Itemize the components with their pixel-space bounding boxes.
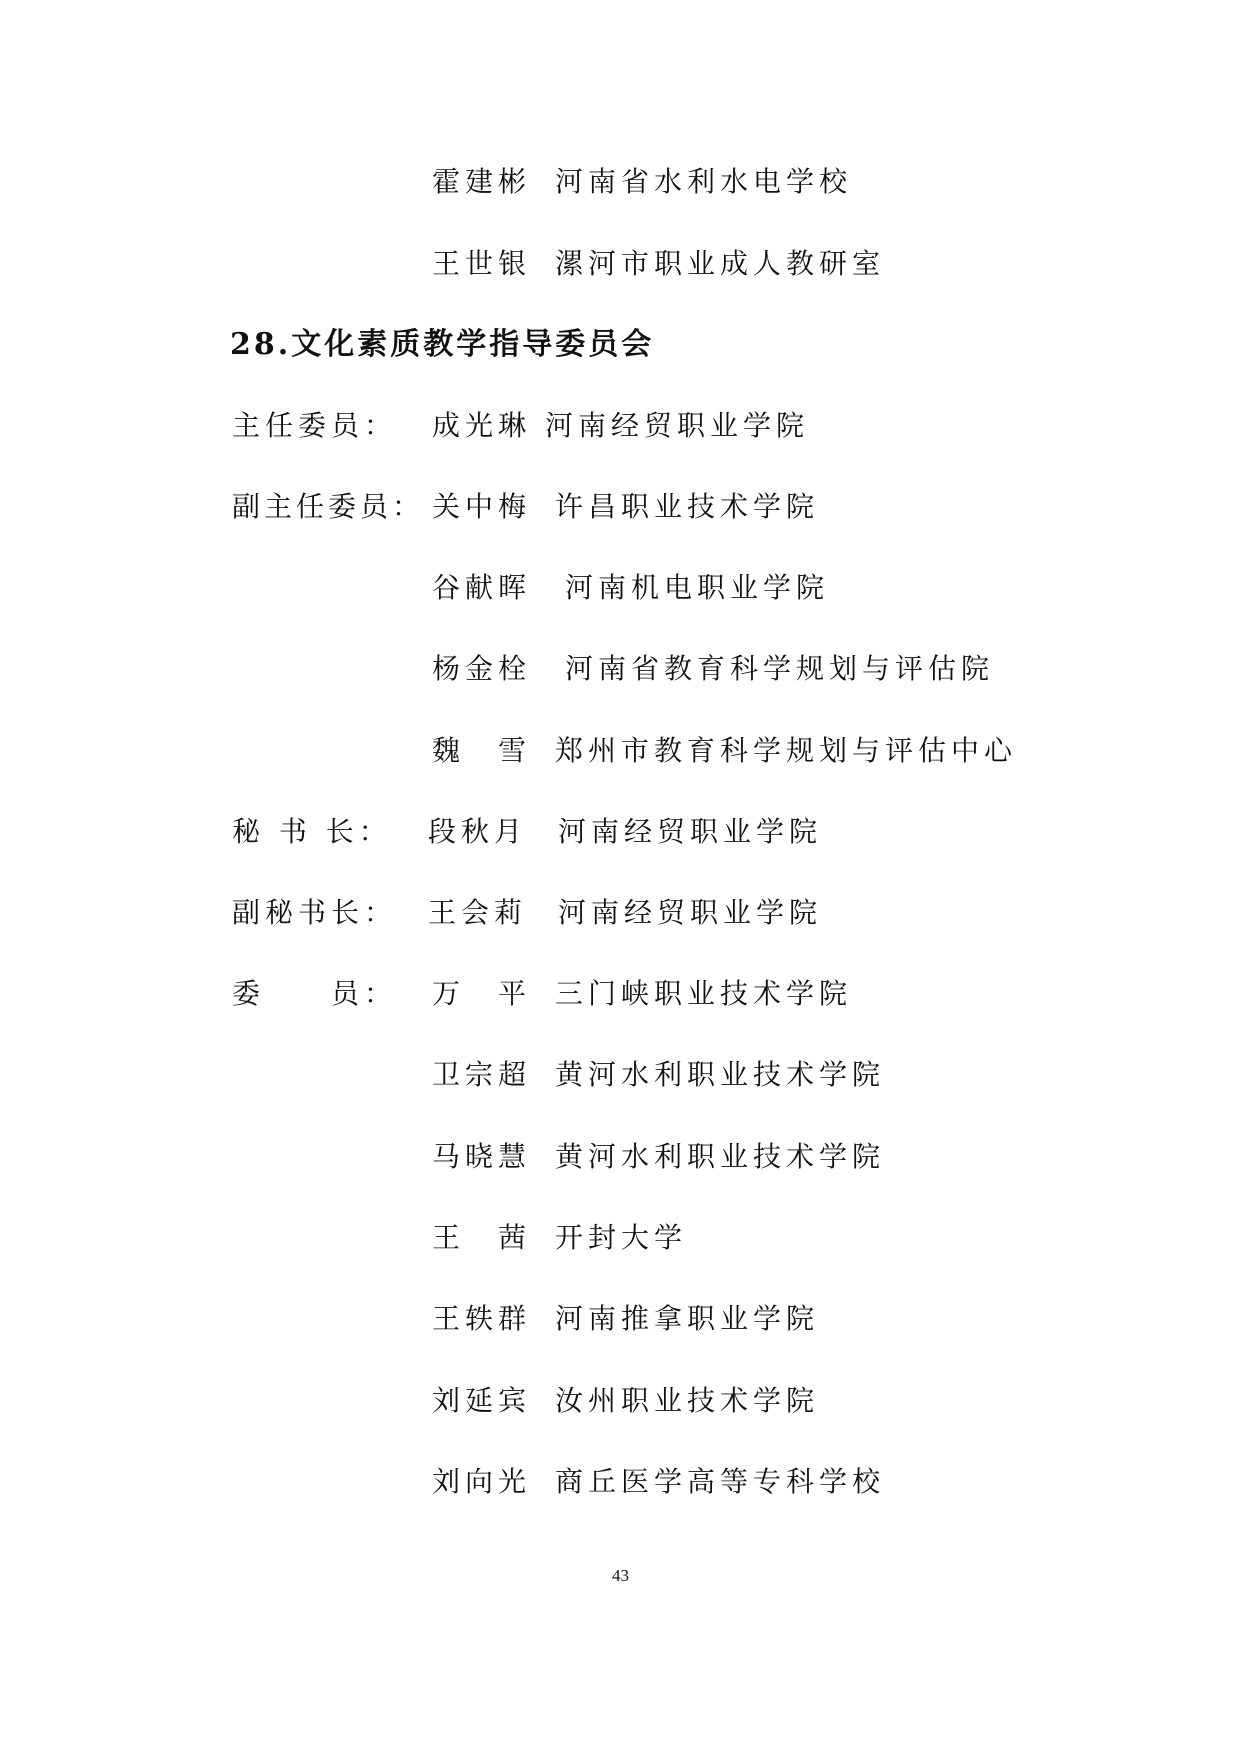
- member-org: 河南经贸职业学院: [558, 812, 822, 852]
- member-org: 汝州职业技术学院: [555, 1381, 819, 1421]
- member-name: 成光琳: [432, 406, 531, 446]
- member-name: 马晓慧: [432, 1137, 531, 1177]
- member-name: 杨金栓: [432, 649, 531, 689]
- member-org: 许昌职业技术学院: [555, 487, 819, 527]
- role-label: 主任委员：: [232, 406, 397, 446]
- member-org: 河南经贸职业学院: [558, 893, 822, 933]
- member-org: 河南经贸职业学院: [545, 406, 809, 446]
- role-label: 副秘书长：: [232, 893, 397, 933]
- member-org: 漯河市职业成人教研室: [555, 244, 885, 284]
- member-name: 关中梅: [432, 487, 531, 527]
- member-org: 商丘医学高等专科学校: [555, 1462, 885, 1502]
- member-name: 王 茜: [432, 1218, 531, 1258]
- member-name: 万 平: [432, 974, 531, 1014]
- member-org: 三门峡职业技术学院: [555, 974, 852, 1014]
- member-name: 谷献晖: [432, 568, 531, 608]
- member-name: 王会莉: [428, 893, 527, 933]
- member-name: 霍建彬: [432, 162, 531, 202]
- member-name: 刘延宾: [432, 1381, 531, 1421]
- member-org: 开封大学: [555, 1218, 687, 1258]
- role-label: 秘 书 长：: [232, 812, 392, 852]
- member-org: 河南省水利水电学校: [555, 162, 852, 202]
- member-name: 刘向光: [432, 1462, 531, 1502]
- member-org: 河南推拿职业学院: [555, 1299, 819, 1339]
- member-org: 黄河水利职业技术学院: [555, 1055, 885, 1095]
- role-label: 副主任委员：: [232, 487, 424, 527]
- member-name: 卫宗超: [432, 1055, 531, 1095]
- page-number: 43: [0, 1566, 1241, 1586]
- document-page: 霍建彬 河南省水利水电学校 王世银 漯河市职业成人教研室 28.文化素质教学指导…: [0, 0, 1241, 1754]
- member-name: 王世银: [432, 244, 531, 284]
- member-org: 河南机电职业学院: [565, 568, 829, 608]
- member-name: 王轶群: [432, 1299, 531, 1339]
- member-org: 河南省教育科学规划与评估院: [565, 649, 994, 689]
- member-org: 郑州市教育科学规划与评估中心: [555, 731, 1017, 771]
- member-name: 段秋月: [428, 812, 527, 852]
- member-org: 黄河水利职业技术学院: [555, 1137, 885, 1177]
- section-heading: 28.文化素质教学指导委员会: [230, 325, 654, 365]
- member-name: 魏 雪: [432, 731, 531, 771]
- role-label: 委 员：: [232, 974, 397, 1014]
